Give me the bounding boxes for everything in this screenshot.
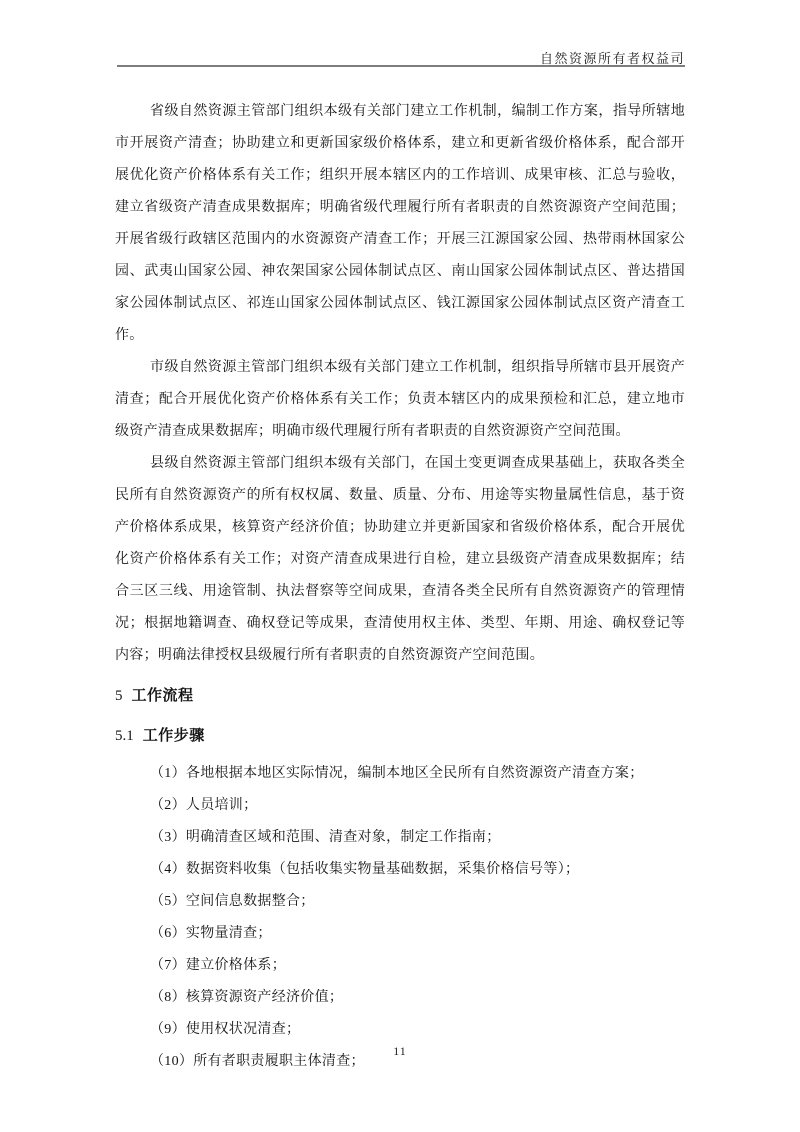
work-step-8: （8）核算资源资产经济价值；	[115, 982, 685, 1014]
section-heading-work-process: 5工作流程	[115, 680, 685, 712]
section-heading-work-steps: 5.1工作步骤	[115, 720, 685, 752]
body-paragraph-county: 县级自然资源主管部门组织本级有关部门，在国土变更调查成果基础上，获取各类全民所有…	[115, 448, 685, 672]
subsection-title: 工作步骤	[143, 727, 205, 744]
document-page: 自然资源所有者权益司 省级自然资源主管部门组织本级有关部门建立工作机制，编制工作…	[0, 0, 800, 1132]
work-step-6: （6）实物量清查；	[115, 918, 685, 950]
work-steps-list: （1）各地根据本地区实际情况，编制本地区全民所有自然资源资产清查方案； （2）人…	[115, 758, 685, 1078]
document-body: 省级自然资源主管部门组织本级有关部门建立工作机制，编制工作方案，指导所辖地市开展…	[115, 96, 685, 1078]
section-title: 工作流程	[132, 687, 194, 704]
work-step-9: （9）使用权状况清查；	[115, 1014, 685, 1046]
work-step-1: （1）各地根据本地区实际情况，编制本地区全民所有自然资源资产清查方案；	[115, 758, 685, 790]
page-number: 11	[0, 1044, 800, 1059]
body-paragraph-provincial: 省级自然资源主管部门组织本级有关部门建立工作机制，编制工作方案，指导所辖地市开展…	[115, 96, 685, 352]
work-step-5: （5）空间信息数据整合；	[115, 886, 685, 918]
work-step-3: （3）明确清查区域和范围、清查对象，制定工作指南；	[115, 822, 685, 854]
section-number: 5	[115, 688, 123, 704]
body-paragraph-municipal: 市级自然资源主管部门组织本级有关部门建立工作机制，组织指导所辖市县开展资产清查；…	[115, 352, 685, 448]
header-rule	[117, 65, 685, 67]
subsection-number: 5.1	[115, 728, 134, 744]
work-step-7: （7）建立价格体系；	[115, 950, 685, 982]
work-step-2: （2）人员培训；	[115, 790, 685, 822]
work-step-4: （4）数据资料收集（包括收集实物量基础数据，采集价格信号等）；	[115, 854, 685, 886]
